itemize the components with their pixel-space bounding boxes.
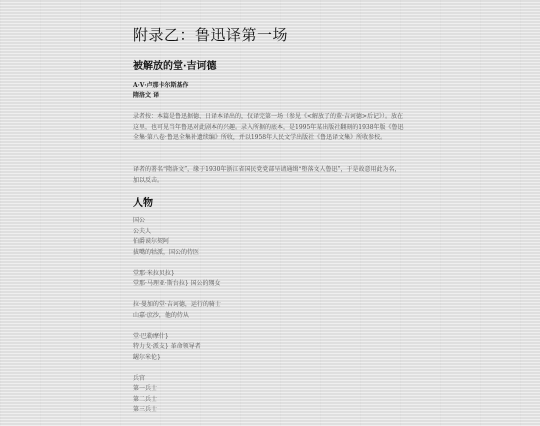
byline: A·V·卢那卡尔斯基作 隋洛文 译 (133, 81, 189, 101)
cast-item: 山嘉·庶沙，他的侍从 (133, 311, 221, 322)
cast-group: 兵官 第一兵士 第二兵士 第三兵士 (133, 374, 221, 406)
cast-list: 国公 公夫人 伯爵谟尔契阿 拔嘴的牯派，国公的侍医 堂那·米拉贝拉} 堂那·马理… (133, 216, 221, 405)
cast-group: 拉·曼加的堂·吉诃德，运行的骑士 山嘉·庶沙，他的侍从 (133, 300, 221, 321)
cast-group: 堂·巴勒摩什} 特力戈·派支} 革命领导者 龌尔米伦} (133, 332, 221, 364)
cast-item: 第二兵士 (133, 395, 221, 406)
page-title: 附录乙：鲁迅译第一场 (133, 24, 288, 45)
author-line: A·V·卢那卡尔斯基作 (133, 81, 189, 91)
cast-item: 国公 (133, 216, 221, 227)
cast-item: 伯爵谟尔契阿 (133, 237, 221, 248)
translator-line: 隋洛文 译 (133, 91, 189, 101)
cast-item: 第一兵士 (133, 384, 221, 395)
cast-item: 堂那·马理亚·斯台拉} 国公的甥女 (133, 279, 221, 290)
characters-heading: 人物 (133, 194, 153, 209)
cast-item: 公夫人 (133, 227, 221, 238)
cast-group: 国公 公夫人 伯爵谟尔契阿 拔嘴的牯派，国公的侍医 (133, 216, 221, 258)
editor-note-paragraph: 录者按：本篇是鲁迅据德、日译本译出的，仅译完第一场（参见《<解放了的董·吉诃德>… (133, 112, 405, 144)
cast-item: 拉·曼加的堂·吉诃德，运行的骑士 (133, 300, 221, 311)
cast-item: 拔嘴的牯派，国公的侍医 (133, 248, 221, 259)
cast-item: 龌尔米伦} (133, 353, 221, 364)
work-title: 被解放的堂·吉诃德 (133, 57, 216, 72)
cast-item: 特力戈·派支} 革命领导者 (133, 342, 221, 353)
translator-note-paragraph: 译者的署名“隋洛文”，缘于1930年浙江省国民党党部呈请通缉“堕落文人鲁迅”，于… (133, 165, 405, 186)
cast-item: 堂那·米拉贝拉} (133, 269, 221, 280)
cast-item: 堂·巴勒摩什} (133, 332, 221, 343)
cast-group: 堂那·米拉贝拉} 堂那·马理亚·斯台拉} 国公的甥女 (133, 269, 221, 290)
cast-item: 兵官 (133, 374, 221, 385)
